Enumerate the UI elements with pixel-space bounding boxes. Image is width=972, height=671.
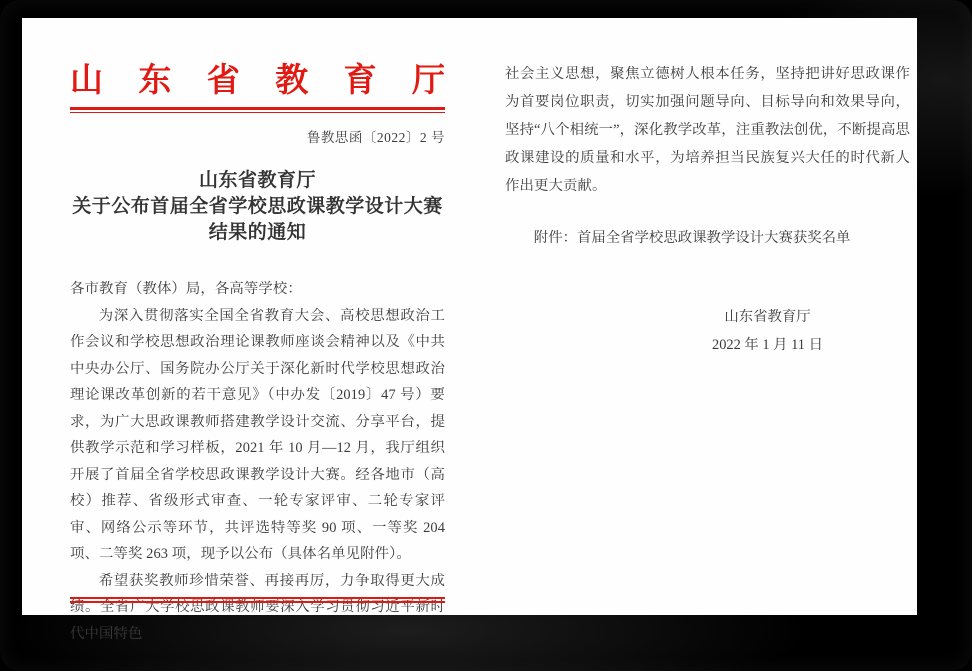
letterhead-title: 山东省教育厅 bbox=[70, 18, 445, 100]
salutation: 各市教育（教体）局，各高等学校： bbox=[70, 276, 445, 303]
body-text-left: 各市教育（教体）局，各高等学校： 为深入贯彻落实全国全省教育大会、高校思想政治工… bbox=[70, 276, 445, 647]
letterhead-rule bbox=[70, 107, 445, 113]
doc-title-line-3: 结果的通知 bbox=[70, 220, 445, 246]
attachment-note: 附件：首届全省学校思政课教学设计大赛获奖名单 bbox=[505, 224, 910, 252]
doc-title-line-1: 山东省教育厅 bbox=[70, 168, 445, 194]
document-sheet: 山东省教育厅 鲁教思函〔2022〕2 号 山东省教育厅 关于公布首届全省学校思政… bbox=[22, 18, 917, 615]
signature-name: 山东省教育厅 bbox=[625, 303, 910, 331]
body-paragraph-1: 为深入贯彻落实全国全省教育大会、高校思想政治工作会议和学校思想政治理论课教师座谈… bbox=[70, 303, 445, 568]
body-text-right: 社会主义思想，聚焦立德树人根本任务，坚持把讲好思政课作为首要岗位职责，切实加强问… bbox=[505, 18, 910, 359]
doc-number: 鲁教思函〔2022〕2 号 bbox=[70, 130, 445, 145]
screenshot-frame: 山东省教育厅 鲁教思函〔2022〕2 号 山东省教育厅 关于公布首届全省学校思政… bbox=[0, 0, 972, 671]
page-right: 社会主义思想，聚焦立德树人根本任务，坚持把讲好思政课作为首要岗位职责，切实加强问… bbox=[505, 18, 910, 615]
footer-rule bbox=[70, 597, 445, 603]
page-left: 山东省教育厅 鲁教思函〔2022〕2 号 山东省教育厅 关于公布首届全省学校思政… bbox=[70, 18, 445, 615]
signature-date: 2022 年 1 月 11 日 bbox=[625, 331, 910, 359]
signature-block: 山东省教育厅 2022 年 1 月 11 日 bbox=[505, 303, 910, 359]
body-paragraph-3: 社会主义思想，聚焦立德树人根本任务，坚持把讲好思政课作为首要岗位职责，切实加强问… bbox=[505, 60, 910, 200]
doc-title-line-2: 关于公布首届全省学校思政课教学设计大赛 bbox=[70, 194, 445, 220]
body-paragraph-2: 希望获奖教师珍惜荣誉、再接再厉，力争取得更大成绩。全省广大学校思政课教师要深入学… bbox=[70, 568, 445, 648]
doc-title: 山东省教育厅 关于公布首届全省学校思政课教学设计大赛 结果的通知 bbox=[70, 168, 445, 246]
